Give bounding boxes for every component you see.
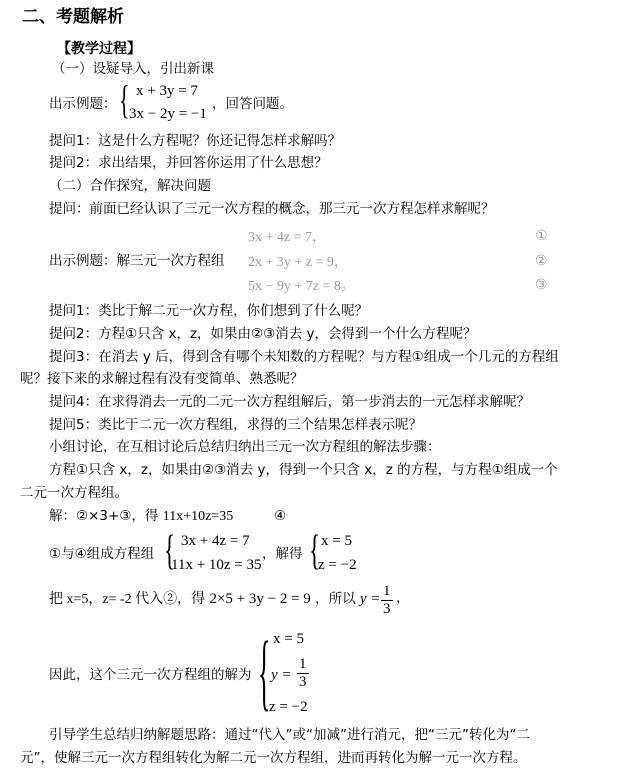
example2-eq1: 3x + 4z = 7， <box>248 231 326 245</box>
solve-line: 解：②×3+③，得 11x+10z=35 <box>49 510 233 524</box>
equation-tag-1: ① <box>535 230 548 244</box>
substitute-line: 把 x=5，z= -2 代入②，得 2×5 + 3y − 2 = 9 ，所以 y… <box>49 592 380 607</box>
example1-suffix: ，回答问题。 <box>212 98 293 112</box>
final-solution-y-lhs: y = <box>271 668 292 683</box>
part2-question-3-line2: 呢？接下来的求解过程有没有变简单、熟悉呢？ <box>20 373 304 387</box>
solution-x: x = 5 <box>321 534 352 549</box>
summary-line2: 元”，使解三元一次方程组转化为解二元一次方程组，进而再转化为解一元一次方程。 <box>20 752 527 766</box>
combine-eq1: 3x + 4z = 7 <box>181 534 250 549</box>
equation-tag-4: ④ <box>274 510 286 524</box>
part2-question: 提问：前面已经认识了三元一次方程的概念，那三元一次方程怎样求解呢？ <box>49 203 495 217</box>
group-discussion: 小组讨论，在互相讨论后总结归纳出三元一次方程组的解法步骤： <box>49 441 441 455</box>
solve-result: 11x+10z=35 <box>163 509 234 524</box>
combine-prefix: ①与④组成方程组 <box>49 548 154 562</box>
combine-eq2: 11x + 10z = 35 <box>171 558 262 573</box>
left-brace: { <box>119 80 130 120</box>
part2-question-2: 提问2：方程①只含 x，z，如果由②③消去 y，会得到一个什么方程呢？ <box>49 328 477 342</box>
fraction-numerator: 1 <box>297 657 309 674</box>
example2-eq3: 5x − 9y + 7z = 8。 <box>248 280 355 294</box>
fraction-numerator: 1 <box>381 584 393 601</box>
part1-question-1: 提问1：这是什么方程呢？你还记得怎样求解吗？ <box>49 135 341 149</box>
example1-eq1: x + 3y = 7 <box>136 84 198 99</box>
y-fraction: 1 3 <box>381 584 393 617</box>
part2-question-4: 提问4：在求得消去一元的二元一次方程组解后，第一步消去的一元怎样求解呢？ <box>49 396 530 410</box>
summary-line1: 引导学生总结归纳解题思路：通过“代入”或“加减”进行消元，把“三元”转化为“二 <box>49 729 530 743</box>
substitute-text: 把 x=5，z= -2 代入②，得 <box>49 592 205 607</box>
equation-tag-3: ③ <box>535 279 548 293</box>
method-step-line2: 二元一次方程组。 <box>20 487 128 501</box>
part2-title: （二）合作探究，解决问题 <box>49 180 211 194</box>
combine-mid: ，解得 <box>262 548 303 562</box>
final-solution-z: z = −2 <box>269 700 308 715</box>
fraction-denominator: 3 <box>381 601 393 617</box>
method-step-line1: 方程①只含 x，z，如果由②③消去 y，得到一个只含 x，z 的方程，与方程①组… <box>49 464 558 478</box>
solve-prefix: 解：②×3+③，得 <box>49 508 163 524</box>
part2-question-1: 提问1：类比于解二元一次方程，你们想到了什么呢？ <box>49 305 368 319</box>
example1-prefix: 出示例题： <box>49 98 117 112</box>
final-y-fraction: 1 3 <box>297 657 309 690</box>
part2-question-3-line1: 提问3：在消去 y 后，得到含有哪个未知数的方程呢？与方程①组成一个几元的方程组 <box>49 351 559 365</box>
final-solution-x: x = 5 <box>273 632 304 647</box>
substitute-equation: 2×5 + 3y − 2 = 9 <box>209 591 310 607</box>
example2-prefix: 出示例题：解三元一次方程组 <box>49 255 225 269</box>
substitute-mid: ，所以 <box>315 591 356 607</box>
example2-eq2: 2x + 3y + z = 9， <box>248 256 348 270</box>
teaching-process-heading: 【教学过程】 <box>57 42 141 56</box>
y-lhs: y = <box>360 591 381 607</box>
equation-tag-2: ② <box>535 255 548 269</box>
fraction-denominator: 3 <box>297 674 309 690</box>
section-title: 二、考题解析 <box>22 9 124 26</box>
example1-eq2: 3x − 2y = −1 <box>129 107 207 122</box>
substitute-suffix: ， <box>396 592 410 606</box>
part1-title: （一）设疑导入，引出新课 <box>52 63 214 77</box>
part2-question-5: 提问5：类比于二元一次方程组，求得的三个结果怎样表示呢？ <box>49 419 422 433</box>
conclusion-prefix: 因此，这个三元一次方程组的解为 <box>49 669 252 683</box>
part1-question-2: 提问2：求出结果，并回答你运用了什么思想？ <box>49 157 328 171</box>
solution-z: z = −2 <box>318 558 357 573</box>
